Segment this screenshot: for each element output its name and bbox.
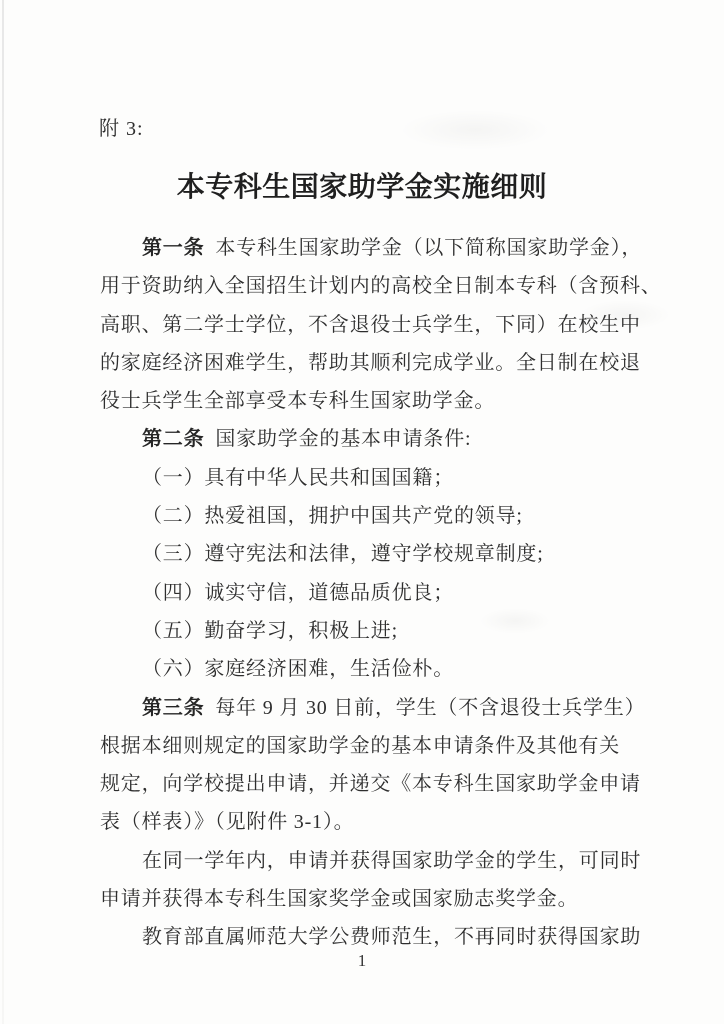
line-text: 的家庭经济困难学生，帮助其顺利完成学业。全日制在校退: [100, 352, 641, 374]
line-text: （一）具有中华人民共和国国籍；: [142, 467, 454, 489]
text-line: （一）具有中华人民共和国国籍；: [100, 459, 672, 497]
document-page: 附 3: 本专科生国家助学金实施细则 第一条本专科生国家助学金（以下简称国家助学…: [0, 0, 724, 1024]
scan-edge: [2, 0, 4, 1024]
text-line: （六）家庭经济困难，生活俭朴。: [100, 650, 672, 688]
line-text: （四）诚实守信，道德品质优良；: [142, 582, 454, 604]
article-label: 第三条: [142, 697, 204, 719]
attachment-label: 附 3:: [99, 112, 144, 141]
text-line: 第三条每年 9 月 30 日前，学生（不含退役士兵学生）: [100, 689, 672, 727]
text-line: 第一条本专科生国家助学金（以下简称国家助学金），: [100, 229, 672, 267]
line-text: 规定，向学校提出申请，并递交《本专科生国家助学金申请: [100, 773, 641, 795]
line-text: （三）遵守宪法和法律，遵守学校规章制度;: [142, 543, 544, 565]
line-text: 国家助学金的基本申请条件:: [215, 428, 471, 450]
text-line: 根据本细则规定的国家助学金的基本申请条件及其他有关: [100, 727, 672, 765]
text-line: （五）勤奋学习，积极上进;: [100, 612, 672, 650]
text-line: 在同一学年内，申请并获得国家助学金的学生，可同时: [100, 842, 672, 880]
line-text: 每年 9 月 30 日前，学生（不含退役士兵学生）: [215, 697, 645, 719]
line-text: 本专科生国家助学金（以下简称国家助学金），: [215, 237, 642, 259]
article-label: 第一条: [142, 237, 204, 259]
line-text: 表（样表）》（见附件 3-1）。: [100, 811, 354, 833]
page-title: 本专科生国家助学金实施细则: [0, 165, 724, 205]
text-line: 役士兵学生全部享受本专科生国家助学金。: [100, 382, 672, 420]
article-label: 第二条: [142, 428, 204, 450]
document-body: 第一条本专科生国家助学金（以下简称国家助学金）， 用于资助纳入全国招生计划内的高…: [100, 229, 672, 957]
page-number: 1: [0, 951, 724, 971]
scan-smudge: [400, 110, 550, 150]
text-line: 表（样表）》（见附件 3-1）。: [100, 803, 672, 841]
text-line: 申请并获得本专科生国家奖学金或国家励志奖学金。: [100, 880, 672, 918]
text-line: 高职、第二学士学位，不含退役士兵学生，下同）在校生中: [100, 306, 672, 344]
text-line: （三）遵守宪法和法律，遵守学校规章制度;: [100, 535, 672, 573]
line-text: 用于资助纳入全国招生计划内的高校全日制本专科（含预科、: [100, 275, 662, 297]
text-line: 规定，向学校提出申请，并递交《本专科生国家助学金申请: [100, 765, 672, 803]
line-text: 教育部直属师范大学公费师范生，不再同时获得国家助: [142, 926, 641, 948]
line-text: 申请并获得本专科生国家奖学金或国家励志奖学金。: [100, 888, 578, 910]
line-text: 役士兵学生全部享受本专科生国家助学金。: [100, 390, 495, 412]
line-text: （六）家庭经济困难，生活俭朴。: [142, 658, 454, 680]
text-line: （二）热爱祖国，拥护中国共产党的领导;: [100, 497, 672, 535]
line-text: （五）勤奋学习，积极上进;: [142, 620, 398, 642]
text-line: 的家庭经济困难学生，帮助其顺利完成学业。全日制在校退: [100, 344, 672, 382]
line-text: 根据本细则规定的国家助学金的基本申请条件及其他有关: [100, 735, 620, 757]
text-line: 第二条国家助学金的基本申请条件:: [100, 420, 672, 458]
line-text: 高职、第二学士学位，不含退役士兵学生，下同）在校生中: [100, 314, 641, 336]
text-line: （四）诚实守信，道德品质优良；: [100, 574, 672, 612]
line-text: 在同一学年内，申请并获得国家助学金的学生，可同时: [142, 850, 641, 872]
text-line: 用于资助纳入全国招生计划内的高校全日制本专科（含预科、: [100, 267, 672, 305]
line-text: （二）热爱祖国，拥护中国共产党的领导;: [142, 505, 523, 527]
